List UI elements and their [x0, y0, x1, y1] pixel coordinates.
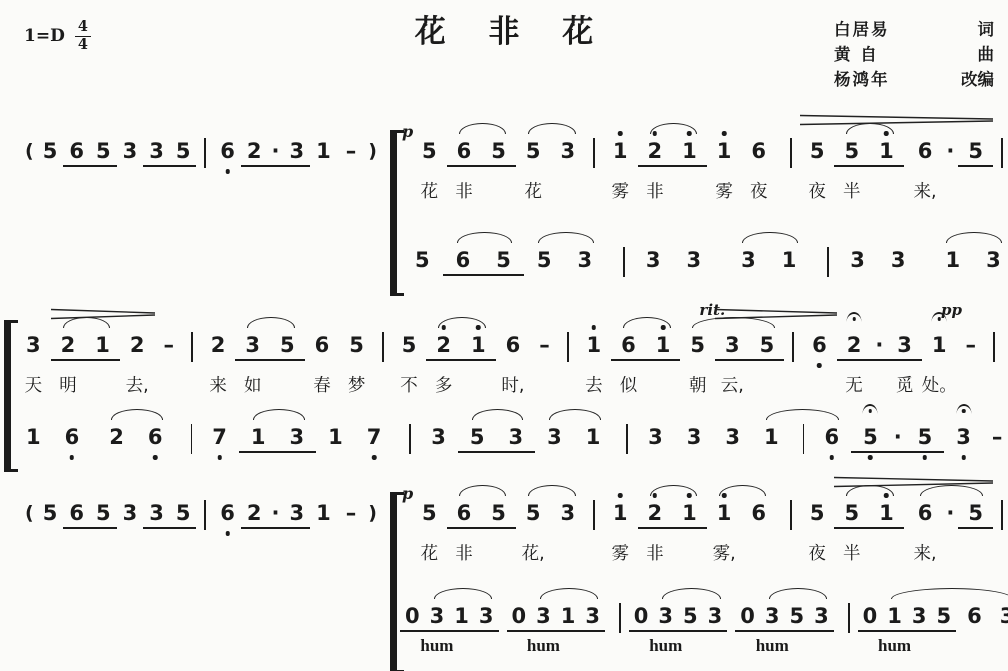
note-digit: 5	[402, 332, 417, 359]
note-digit: 3	[725, 424, 740, 451]
note-digit: 3	[290, 424, 305, 451]
note-digit: 1	[251, 424, 266, 451]
lyric: 无	[845, 372, 863, 397]
note-digit: 1	[682, 500, 697, 527]
note-cell: 5花,	[516, 500, 551, 527]
note-cell: 3	[703, 603, 728, 632]
credit-name: 杨鸿年	[834, 68, 890, 93]
lyric: 如	[244, 372, 262, 397]
staff-row-voice2: 16267131735331333165·53–	[14, 424, 1008, 454]
note-digit: 6	[812, 332, 827, 359]
note-cell: 3	[419, 424, 458, 451]
slur	[549, 409, 602, 420]
note-cell: 1	[869, 500, 904, 529]
barline	[985, 332, 1003, 362]
lyric: 处。	[922, 372, 957, 397]
lyric: 花,	[522, 540, 545, 565]
note-digit: 1	[717, 500, 732, 527]
note-digit: 0	[863, 603, 878, 630]
note-digit: –	[346, 138, 357, 165]
note-digit: ·	[946, 500, 954, 527]
lyric: 去	[585, 372, 603, 397]
dash-extension: –	[337, 500, 366, 527]
note-cell: 1	[672, 138, 707, 167]
note-cell: 5夜	[800, 138, 835, 165]
lyric: hum	[649, 636, 682, 656]
hairpin-dim-icon	[51, 308, 155, 320]
note-digit: 1	[682, 138, 697, 165]
note-cell: 6	[802, 332, 837, 359]
slur	[459, 123, 506, 134]
note-cell: 5	[37, 138, 64, 165]
dash-extension: –	[983, 424, 1008, 451]
note-cell: 3	[636, 424, 675, 451]
slur	[472, 409, 524, 420]
note-digit: –	[346, 500, 357, 527]
note-digit: 7	[212, 424, 227, 451]
staff-row-voice1: 3天2明12去,–2来3如56春5梦5不2多16时,–1去6似15rit.朝3云…	[16, 332, 1003, 362]
barline	[782, 500, 800, 530]
note-cell: 2	[241, 138, 268, 167]
note-cell: 2明	[51, 332, 86, 361]
note-digit: 6	[315, 332, 330, 359]
note-digit: 6	[918, 500, 933, 527]
note-cell: 7	[200, 424, 239, 451]
note-digit: 3	[561, 500, 576, 527]
note-digit: 5	[422, 500, 437, 527]
slur	[247, 317, 295, 328]
note-digit: –	[539, 332, 550, 359]
lyric: hum	[420, 636, 453, 656]
note-digit: 3	[687, 424, 702, 451]
slur	[438, 317, 486, 328]
note-digit: 3	[430, 603, 445, 630]
lyric: 多	[435, 372, 453, 397]
octave-dot-below-icon	[372, 455, 377, 460]
note-cell: 1	[574, 424, 613, 451]
note-cell: 3	[809, 603, 834, 632]
octave-dot-above-icon	[592, 325, 597, 330]
lyric: 雾	[715, 178, 733, 203]
note-digit: ·	[946, 138, 954, 165]
note-digit: 7	[367, 424, 382, 451]
note-digit: 6	[751, 500, 766, 527]
note-cell: 3hum	[531, 603, 556, 632]
note-cell: 3	[633, 247, 674, 274]
note-digit: 3	[149, 138, 164, 165]
note-digit: 1	[454, 603, 469, 630]
note-digit: 5	[422, 138, 437, 165]
slur	[457, 232, 511, 243]
credit-role: 词	[978, 18, 995, 43]
note-digit: 6	[457, 138, 472, 165]
note-cell: 5半	[834, 500, 869, 529]
note-cell: 3	[944, 424, 983, 451]
credit-role: 曲	[978, 43, 995, 68]
note-cell: 1	[932, 247, 973, 274]
note-cell: 6	[443, 247, 484, 276]
note-digit	[204, 138, 206, 168]
note-digit	[409, 424, 411, 454]
barline	[615, 247, 633, 277]
note-cell: 3	[674, 247, 715, 274]
note-digit: 3	[708, 603, 723, 630]
barline	[183, 424, 201, 454]
note-digit: 2	[436, 332, 451, 359]
note-cell: 6来,	[908, 138, 943, 165]
staff-row-voice2: 03hum1303hum1303hum5303hum5301hum3563	[400, 603, 1008, 633]
slur	[650, 123, 697, 134]
note-cell: 6非	[447, 138, 482, 167]
parenthesis: )	[365, 500, 380, 527]
note-cell: 2	[97, 424, 136, 451]
fermata-icon	[956, 404, 971, 414]
note-digit	[619, 603, 621, 633]
lyric: 非	[646, 178, 664, 203]
note-digit	[792, 332, 794, 362]
note-cell: 5	[458, 424, 497, 453]
note-digit: 0	[740, 603, 755, 630]
note-cell: 7	[355, 424, 394, 451]
note-digit: 6	[751, 138, 766, 165]
note-cell: 0	[507, 603, 532, 632]
note-cell: 0	[858, 603, 883, 632]
note-digit: 6	[824, 424, 839, 451]
staff-row-voice1: 5花6非55花,31雾2非11雾,65夜5半16来,·5	[412, 500, 1008, 530]
parenthesis: (	[22, 500, 37, 527]
note-cell: 2多	[426, 332, 461, 361]
slur	[650, 485, 697, 496]
note-digit: 3	[245, 332, 260, 359]
note-cell: 2非	[638, 138, 673, 167]
note-digit: 1	[879, 138, 894, 165]
system-bracket	[390, 132, 397, 294]
note-cell: 5	[90, 138, 117, 167]
note-digit	[848, 603, 850, 633]
note-digit: 3	[431, 424, 446, 451]
octave-dot-below-icon	[868, 455, 873, 460]
note-digit: 1	[717, 138, 732, 165]
dash-extension: –	[530, 332, 559, 359]
parenthesis: )	[365, 138, 380, 165]
octave-dot-above-icon	[618, 493, 623, 498]
note-cell: 2	[241, 500, 268, 529]
note-cell: 3hum	[653, 603, 678, 632]
barline	[795, 424, 813, 454]
note-cell: 1	[461, 332, 496, 361]
note-digit: 2	[211, 332, 226, 359]
lyric: 朝	[689, 372, 707, 397]
note-digit: 1	[945, 247, 960, 274]
lyric: 雾	[611, 540, 629, 565]
note-cell: 3	[551, 138, 586, 165]
note-digit: –	[164, 332, 175, 359]
note-cell: 3	[728, 247, 769, 274]
note-cell: 1	[239, 424, 278, 453]
note-cell: 3	[973, 247, 1008, 274]
note-digit: 3	[479, 603, 494, 630]
note-digit: 1	[316, 138, 331, 165]
lyric: 春	[313, 372, 331, 397]
lyric: 半	[843, 178, 861, 203]
note-digit: 5	[683, 603, 698, 630]
note-cell: 1hum	[882, 603, 907, 632]
note-cell: 1	[646, 332, 681, 361]
note-cell: 6时,	[496, 332, 531, 359]
note-digit: 6	[69, 138, 84, 165]
note-digit: 6	[621, 332, 636, 359]
note-digit: 6	[967, 603, 982, 630]
hairpin-dim-icon	[834, 476, 993, 488]
lyric: 花	[421, 178, 439, 203]
parenthesis: (	[22, 138, 37, 165]
note-digit: 3	[508, 424, 523, 451]
augmentation-dot: ·	[942, 500, 958, 527]
note-cell: 3如	[235, 332, 270, 361]
barline	[784, 332, 802, 362]
slur	[742, 232, 797, 243]
note-digit: 6	[457, 500, 472, 527]
note-digit	[626, 424, 628, 454]
dash-extension: –	[155, 332, 184, 359]
note-digit	[1001, 138, 1003, 168]
note-cell: 3	[878, 247, 919, 274]
octave-dot-above-icon	[618, 131, 623, 136]
note-digit: 3	[850, 247, 865, 274]
note-digit: 3	[289, 500, 304, 527]
note-digit	[191, 424, 193, 454]
note-digit: 3	[741, 247, 756, 274]
note-cell: 0	[735, 603, 760, 632]
note-digit: 6	[69, 500, 84, 527]
note-cell: 3	[278, 424, 317, 453]
octave-dot-below-icon	[225, 531, 230, 536]
slur	[538, 232, 593, 243]
note-digit: 3	[765, 603, 780, 630]
note-cell: 5	[170, 138, 197, 167]
note-cell: 3	[907, 603, 932, 632]
note-digit: 5	[810, 138, 825, 165]
note-cell: 5	[958, 500, 993, 529]
note-cell: 1雾,	[707, 500, 742, 527]
barline	[611, 603, 629, 633]
barline	[585, 138, 603, 168]
note-cell: 5	[170, 500, 197, 529]
note-cell: 1雾	[707, 138, 742, 165]
note-digit	[593, 500, 595, 530]
note-cell: 3hum	[760, 603, 785, 632]
lyric: 非	[646, 540, 664, 565]
lyric: 云,	[721, 372, 744, 397]
note-digit: 5	[415, 247, 430, 274]
note-digit: 5	[470, 424, 485, 451]
note-digit	[623, 247, 625, 277]
note-digit	[790, 138, 792, 168]
note-cell: 5	[750, 332, 785, 361]
note-cell: 2无	[837, 332, 872, 361]
note-digit: –	[992, 424, 1003, 451]
note-cell: 5	[37, 500, 64, 527]
augmentation-dot: ·	[942, 138, 958, 165]
note-digit: (	[25, 500, 34, 527]
note-digit: 5	[844, 500, 859, 527]
note-digit: 3	[658, 603, 673, 630]
note-digit: 3	[123, 138, 138, 165]
note-digit: 6	[220, 138, 235, 165]
lyric: 来,	[913, 178, 936, 203]
credit-composer: 黄 自 曲	[834, 43, 994, 68]
note-digit: 1	[586, 424, 601, 451]
note-digit	[593, 138, 595, 168]
note-digit: 5	[280, 332, 295, 359]
note-digit: )	[368, 138, 377, 165]
lyric: 夜	[808, 540, 826, 565]
lyric: 夜	[808, 178, 826, 203]
note-cell: 6	[136, 424, 175, 451]
barline	[374, 332, 392, 362]
dash-extension: –	[957, 332, 986, 359]
slur	[891, 588, 1008, 599]
note-cell: 5	[678, 603, 703, 632]
slur	[766, 409, 840, 420]
credit-lyricist: 白居易 词	[834, 18, 994, 43]
note-digit: 3	[561, 138, 576, 165]
note-digit: ·	[894, 424, 902, 451]
slur	[623, 317, 671, 328]
note-cell: 6夜	[741, 138, 776, 165]
note-digit: 5	[526, 138, 541, 165]
fermata-icon	[863, 404, 878, 414]
note-digit	[1001, 500, 1003, 530]
note-digit: 6	[918, 138, 933, 165]
note-digit: 3	[536, 603, 551, 630]
note-cell: 1	[752, 424, 791, 451]
note-digit: 5	[968, 500, 983, 527]
note-cell: 5	[270, 332, 305, 361]
note-cell: 1	[769, 247, 810, 274]
lyric: 去,	[126, 372, 149, 397]
lyric: 明	[59, 372, 77, 397]
note-digit: 3	[289, 138, 304, 165]
note-cell: 0	[400, 603, 425, 632]
note-cell: 1雾	[603, 138, 638, 165]
note-cell: 3	[995, 603, 1008, 630]
note-cell: 1	[85, 332, 120, 361]
note-cell: 1	[14, 424, 53, 451]
octave-dot-above-icon	[722, 131, 727, 136]
barline	[559, 332, 577, 362]
hairpin-dim-icon	[800, 114, 993, 126]
note-cell: 3	[143, 138, 170, 167]
lyric: hum	[756, 636, 789, 656]
lyric: 不	[400, 372, 418, 397]
note-digit: 2	[247, 138, 262, 165]
lyric: 觅	[896, 372, 914, 397]
note-digit: 3	[646, 247, 661, 274]
dash-extension: –	[337, 138, 366, 165]
note-digit: 5	[491, 500, 506, 527]
note-digit: 1	[561, 603, 576, 630]
staff-row-voice1: 5花6非55花31雾2非11雾6夜5夜5半16来,·5	[412, 138, 1008, 168]
lyric: 梦	[348, 372, 366, 397]
dynamic-marking: pp	[941, 301, 962, 319]
note-cell: 3	[535, 424, 574, 451]
octave-dot-below-icon	[153, 455, 158, 460]
note-cell: 1	[869, 138, 904, 167]
note-digit: 6	[148, 424, 163, 451]
note-cell: 5花	[412, 500, 447, 527]
note-digit: 3	[687, 247, 702, 274]
note-cell: 5夜	[800, 500, 835, 527]
note-cell: 6	[962, 603, 987, 630]
note-cell: 5	[481, 500, 516, 529]
augmentation-dot: ·	[871, 332, 887, 361]
octave-dot-below-icon	[923, 455, 928, 460]
note-cell: 1雾	[603, 500, 638, 527]
note-digit: 3	[986, 247, 1001, 274]
score-sheet: 1=D 4 4 花 非 花 白居易 词 黄 自 曲 杨鸿年 改编 p (5653…	[0, 0, 1008, 671]
note-digit: 6	[506, 332, 521, 359]
barline	[585, 500, 603, 530]
slur	[459, 485, 506, 496]
note-digit: 5	[810, 500, 825, 527]
note-digit: 5	[968, 138, 983, 165]
note-cell: 6	[214, 138, 241, 165]
note-cell: 5	[90, 500, 117, 529]
note-cell: 2非	[638, 500, 673, 529]
note-digit: ·	[271, 138, 279, 165]
note-digit: 1	[879, 500, 894, 527]
note-digit: 1	[656, 332, 671, 359]
note-cell: 5	[483, 247, 524, 276]
credit-name: 黄 自	[834, 43, 879, 68]
note-digit: 2	[130, 332, 145, 359]
note-digit: 2	[61, 332, 76, 359]
note-digit: 0	[405, 603, 420, 630]
note-cell: 5	[851, 424, 890, 453]
note-cell: 5	[931, 603, 956, 632]
note-digit	[993, 332, 995, 362]
note-cell: 3	[117, 500, 144, 527]
note-cell: 1	[449, 603, 474, 632]
note-digit: 3	[1000, 603, 1008, 630]
note-cell: 6	[741, 500, 776, 527]
note-cell: 6	[812, 424, 851, 451]
fermata-icon	[847, 312, 862, 322]
note-cell: 3	[713, 424, 752, 451]
note-digit: 0	[512, 603, 527, 630]
note-cell: 3天	[16, 332, 51, 359]
note-digit: 2	[109, 424, 124, 451]
augmentation-dot: ·	[267, 138, 283, 167]
note-cell: 0	[629, 603, 654, 632]
note-cell: 5梦	[339, 332, 374, 359]
note-cell: 6春	[305, 332, 340, 359]
octave-dot-below-icon	[217, 455, 222, 460]
note-digit: 1	[26, 424, 41, 451]
note-cell: 1	[310, 500, 337, 527]
note-digit: 3	[891, 247, 906, 274]
note-digit: (	[25, 138, 34, 165]
lyric: 花	[524, 178, 542, 203]
note-digit: 5	[491, 138, 506, 165]
note-digit	[382, 332, 384, 362]
note-cell: 3	[143, 500, 170, 529]
note-digit: 5	[43, 138, 58, 165]
note-digit: 0	[634, 603, 649, 630]
lyric: 雾	[611, 178, 629, 203]
note-digit: 3	[26, 332, 41, 359]
